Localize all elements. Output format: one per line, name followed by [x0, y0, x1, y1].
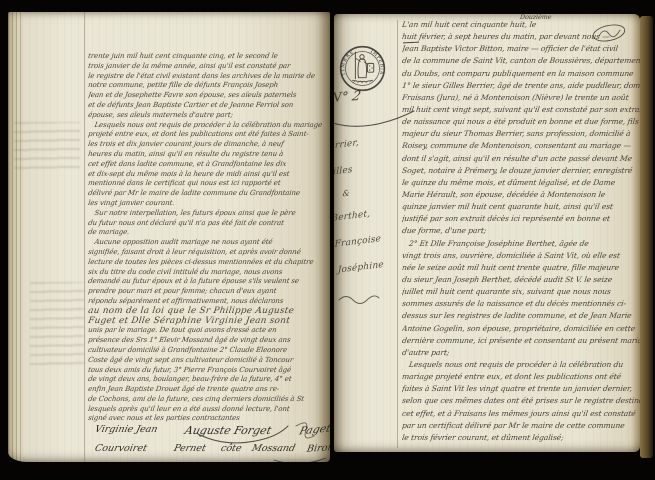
page-edge-stack — [8, 12, 23, 462]
handwriting-line: les trois et dix janvier courant jours d… — [88, 140, 330, 150]
scanned-register-spread: trente juin mil huit cent cinquante cinq… — [0, 0, 655, 480]
signature: Courvoiret — [94, 443, 149, 454]
handwriting-line: dessus sur les registres de ladite commu… — [402, 310, 640, 322]
act-text-right: L'an mil huit cent cinquante huit, lehui… — [402, 19, 640, 449]
handwriting-line: Coste âgé de vingt sept ans cultivateur … — [88, 356, 330, 366]
handwriting-line: dont il s'agit, ainsi qu'il en résulte d… — [402, 153, 640, 165]
handwriting-line: prendre pour mari et pour femme; chacun … — [88, 287, 330, 297]
handwriting-line: due forme, d'une part; — [402, 225, 640, 237]
handwriting-line: du sieur Jean Joseph Berthet, décédé aud… — [402, 274, 640, 286]
handwriting-line: selon que ces mêmes dates ont été prises… — [402, 395, 640, 407]
signature-flourish — [178, 420, 330, 462]
handwriting-line: Sur notre interpellation, les futurs épo… — [88, 209, 330, 219]
margin-rule — [84, 12, 85, 462]
handwriting-line: les vingt janvier courant. — [88, 199, 330, 209]
handwriting-line: de Cochons, ami de la future, ces cinq d… — [88, 395, 330, 405]
handwriting-line: et de défunts Jean Baptiste Cartier et d… — [88, 101, 330, 111]
handwriting-line: Roisey, commune de Montenoison, consenta… — [402, 140, 640, 152]
handwriting-line: présence des Srs 1° Elevir Mossand âgé d… — [88, 336, 330, 346]
handwriting-line: cet effet dans ladite commune, et à Gran… — [88, 160, 330, 170]
handwriting-line: Marie Hérault, son épouse, décédée à Mon… — [402, 189, 640, 201]
handwriting-line: de vingt deux ans, boulanger, beau-frère… — [88, 375, 330, 385]
interline-correction: Douzième — [519, 14, 551, 21]
handwriting-line: et dix-sept du même mois à la heure de m… — [88, 170, 330, 180]
right-page: TIMBRE IMPÉRIAL N° 2 Berrier,Gilles&Bert… — [334, 14, 640, 452]
handwriting-line: trois janvier de la même année, ainsi qu… — [88, 62, 330, 72]
handwriting-line: mentionné dans le certificat qui nous es… — [88, 179, 330, 189]
handwriting-line: délivré par Mr le maire de ladite commun… — [88, 189, 330, 199]
handwriting-line: unis par le mariage. De tout quoi avons … — [88, 326, 330, 336]
handwriting-line: 1° le sieur Gilles Berrier, âgé de trent… — [402, 80, 640, 92]
handwriting-line: vingt trois ans, ouvrière, domiciliée à … — [402, 250, 640, 262]
handwriting-line: lecture de toutes les pièces ci-dessus m… — [88, 258, 330, 268]
handwriting-line: lesquels après qu'il leur en a été aussi… — [88, 405, 330, 415]
book-edge — [640, 16, 653, 458]
handwriting-line: Lesquels nous ont requis de procéder à l… — [88, 121, 330, 131]
handwriting-line: d'autre part; — [402, 347, 640, 359]
handwriting-line: mil huit cent vingt sept, suivant qu'il … — [402, 104, 640, 116]
handwriting-line: 2° Et Dlle Françoise Joséphine Berthet, … — [402, 238, 640, 250]
handwriting-line: majeur du sieur Thomas Berrier, sans pro… — [402, 128, 640, 140]
handwriting-line: Fraisans (Jura), né à Montenoison (Nièvr… — [402, 92, 640, 104]
handwriting-line: par un certificat délivré par Mr le mair… — [402, 420, 640, 432]
handwriting-line: Antoine Gogelin, son épouse, propriétair… — [402, 323, 640, 335]
handwriting-line: Fuget et Dlle Séraphine Virginie Jean so… — [88, 317, 330, 327]
handwriting-line: faites à Saint Vit les vingt quatre et t… — [402, 383, 640, 395]
handwriting-line: de mariage. — [88, 228, 330, 238]
handwriting-line: cultivateur domicilié à Grandfontaine 2°… — [88, 346, 330, 356]
handwriting-line: le trois février courant, et dûment léga… — [402, 432, 640, 444]
handwriting-line: Jean et de Josephette Favre son épouse, … — [88, 91, 330, 101]
handwriting-line: heures du matin, ainsi qu'il en résulte … — [88, 150, 330, 160]
handwriting-line: du Doubs, ont comparu publiquement en la… — [402, 68, 640, 80]
handwriting-line: justifié par son extrait décès ici repré… — [402, 213, 640, 225]
act-text-left: trente juin mil huit cent cinquante cinq… — [88, 52, 330, 430]
margin-paraph — [588, 20, 630, 46]
handwriting-line: le registre de l'état civil existant dan… — [88, 72, 330, 82]
margin-note-names: Berrier,Gilles&Berthet,FrançoiseJoséphin… — [334, 127, 405, 284]
handwriting-line: née le seize août mil huit cent trente q… — [402, 262, 640, 274]
handwriting-line: tous deux amis du futur, 3° Pierre Franç… — [88, 366, 330, 376]
timbre-imperial-stamp: TIMBRE IMPÉRIAL — [339, 45, 386, 92]
handwriting-line: le quinze du même mois, et dûment légali… — [402, 177, 640, 189]
act-number: N° 2 — [334, 89, 362, 106]
margin-note-flourish — [336, 292, 382, 306]
handwriting-line: mariage projeté entre eux, et dont les p… — [402, 371, 640, 383]
handwriting-line: cet effet, et à Fraisans les mêmes jours… — [402, 408, 640, 420]
handwriting-line: notre commune, petite fille de défunts F… — [88, 81, 330, 91]
ink-bleedthrough — [14, 122, 80, 172]
handwriting-line: Lesquels nous ont requis de procéder à l… — [402, 359, 640, 371]
handwriting-line: quinze janvier mil huit cent quarante hu… — [402, 201, 640, 213]
handwriting-line: Aucune opposition audit mariage ne nous … — [88, 238, 330, 248]
handwriting-line: de la commune de Saint Vit, canton de Bo… — [402, 55, 640, 67]
handwriting-line: sommes assurés de la naissance et du déc… — [402, 298, 640, 310]
signature: Virginie Jean — [94, 424, 159, 435]
handwriting-line: trente juin mil huit cent cinquante cinq… — [88, 52, 330, 62]
handwriting-line: projeté entre eux, et dont les publicati… — [88, 130, 330, 140]
handwriting-line: dernière commune, ici présente et consen… — [402, 335, 640, 347]
left-page: trente juin mil huit cent cinquante cinq… — [8, 12, 330, 462]
handwriting-line: signifiée, faisant droit à leur réquisit… — [88, 248, 330, 258]
handwriting-line: juillet mil huit cent quarante six, suiv… — [402, 286, 640, 298]
ink-bleedthrough — [30, 282, 84, 368]
handwriting-line: épouse, ses aïeuls maternels d'autre par… — [88, 111, 330, 121]
handwriting-line: demandé au futur époux et à la future ép… — [88, 277, 330, 287]
handwriting-line: Soget, notaire à Prémery, le douze janvi… — [402, 165, 640, 177]
handwriting-line: du futur nous ont déclaré qu'il n'a pas … — [88, 219, 330, 229]
handwriting-line: de naissance qui nous a été produit en b… — [402, 116, 640, 128]
handwriting-line: six du titre du code civil intitulé du m… — [88, 268, 330, 278]
handwriting-line: enfin Jean Baptiste Drouet âgé de trente… — [88, 385, 330, 395]
